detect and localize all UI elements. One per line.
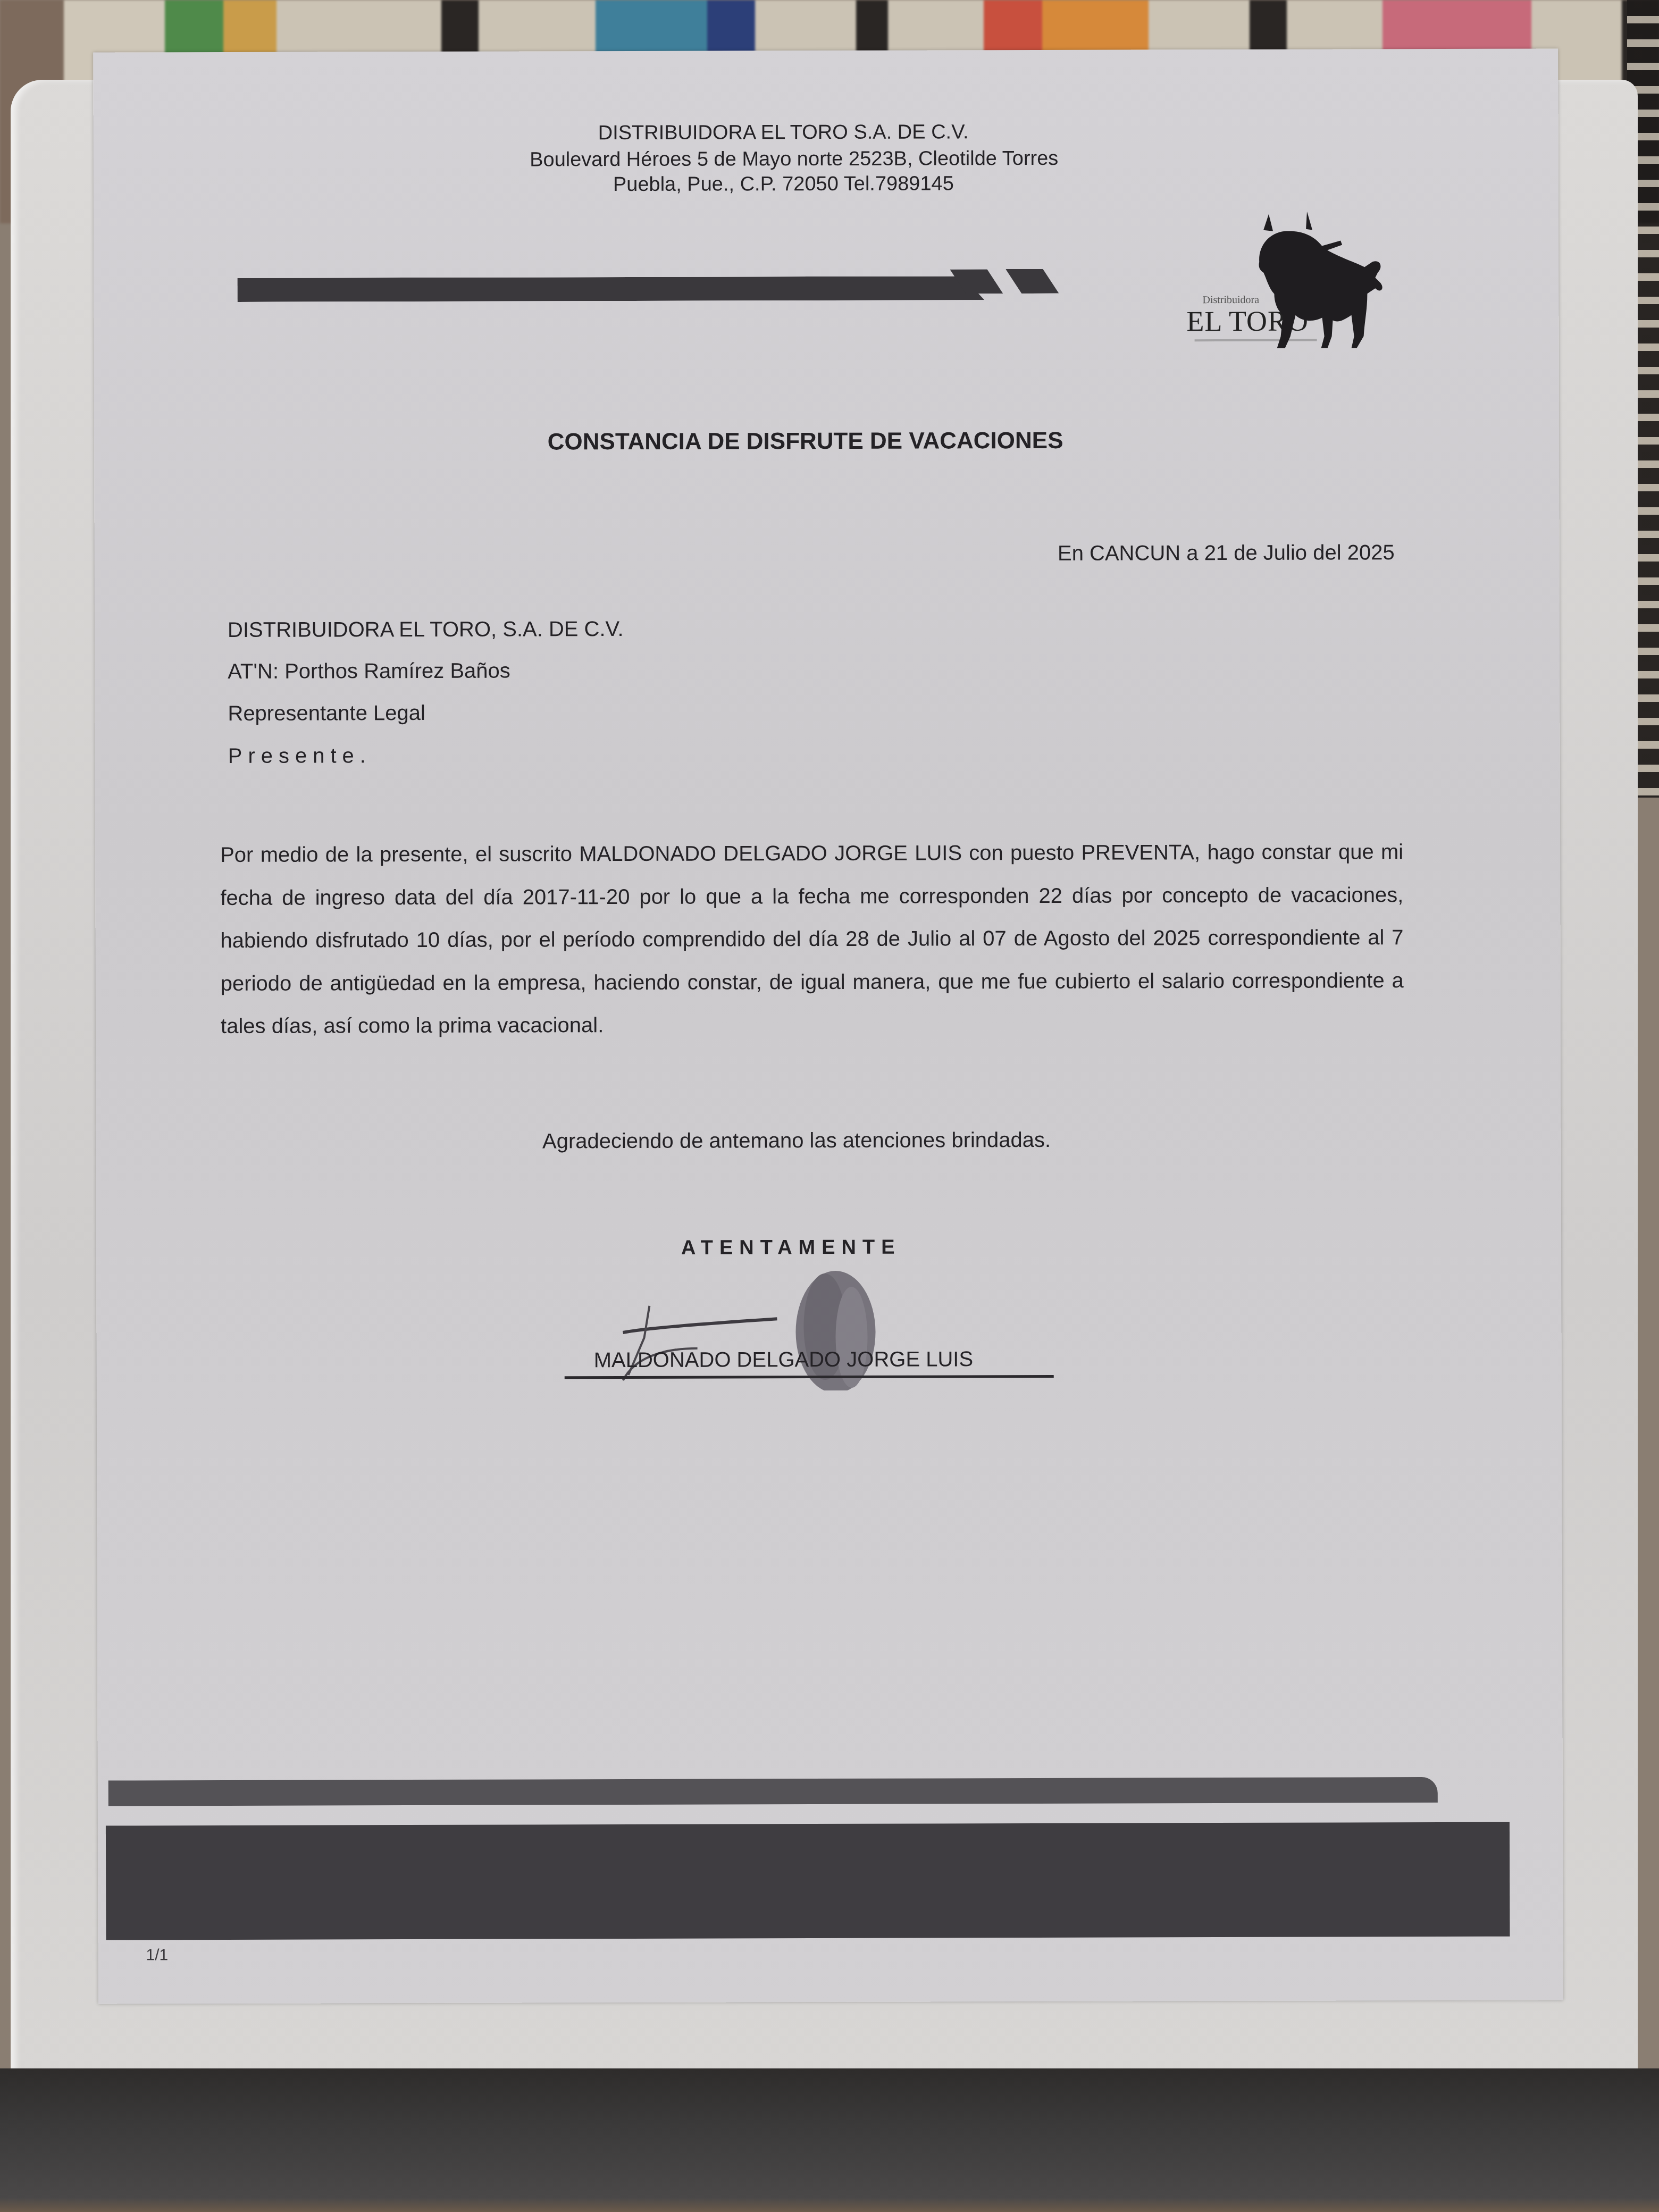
page-number: 1/1 (146, 1946, 169, 1964)
recipient-role: Representante Legal (228, 701, 425, 726)
letterhead-company: DISTRIBUIDORA EL TORO S.A. DE C.V. (51, 121, 1516, 145)
header-bar (237, 276, 984, 302)
document-title: CONSTANCIA DE DISFRUTE DE VACACIONES (73, 426, 1538, 457)
footer-bar-thin (108, 1777, 1438, 1806)
letterhead-address-line1: Boulevard Héroes 5 de Mayo norte 2523B, … (62, 147, 1527, 171)
recipient-attention: AT'N: Porthos Ramírez Baños (228, 659, 510, 684)
signer-name: MALDONADO DELGADO JORGE LUIS (594, 1347, 974, 1372)
document-page: DISTRIBUIDORA EL TORO S.A. DE C.V. Boule… (93, 48, 1563, 2004)
body-paragraph: Por medio de la presente, el suscrito MA… (220, 831, 1404, 1048)
place-date: En CANCUN a 21 de Julio del 2025 (1058, 541, 1395, 566)
closing-line: Agradeciendo de antemano las atenciones … (64, 1127, 1529, 1155)
recipient-company: DISTRIBUIDORA EL TORO, S.A. DE C.V. (228, 617, 624, 642)
company-logo: Distribuidora EL TORO (1088, 208, 1386, 363)
recipient-presente: Presente. (228, 744, 372, 768)
background-surface (0, 2068, 1659, 2212)
header-bar-segment (1006, 269, 1059, 294)
letterhead-address-line2: Puebla, Pue., C.P. 72050 Tel.7989145 (51, 172, 1516, 196)
footer-bar-thick (106, 1822, 1510, 1940)
bull-icon (1247, 208, 1386, 353)
